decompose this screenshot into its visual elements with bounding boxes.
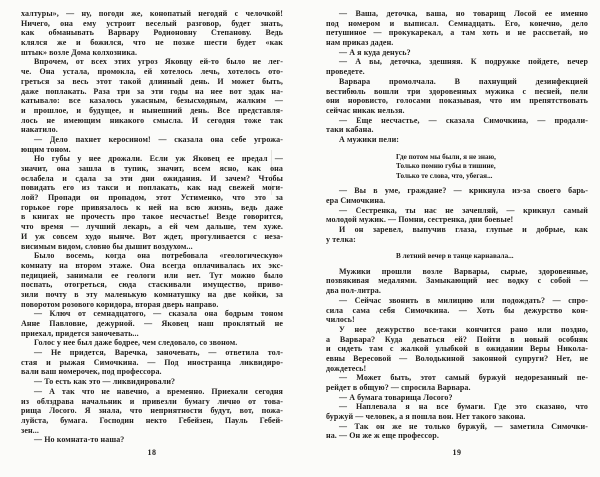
text-line: лой? Пропади он пропадом, этот Устименко… bbox=[21, 193, 283, 203]
text-line: — А вы, деточка, здешняя. К подружке пой… bbox=[326, 57, 588, 67]
paragraph: Мужики прошли возле Варвары, сырые, здор… bbox=[326, 267, 588, 296]
text-line: че. Она устала, промокла, ей хотелось ле… bbox=[21, 67, 283, 77]
paragraph: И он заревел, выпучив глаза, глупые и до… bbox=[326, 225, 588, 244]
text-line: — Сестренка, ты нас не зачепляй, — крикн… bbox=[326, 206, 588, 216]
text-line: ера Симочкина. bbox=[326, 196, 588, 206]
text-line: — Может быть, этот самый буржуй недореза… bbox=[326, 373, 588, 383]
text-line: как обманывать Варвару Родионовну Степан… bbox=[21, 28, 283, 38]
text-line: — Дело пахнет керосином! — сказала она с… bbox=[21, 135, 283, 145]
text-line: Голос у нее был даже бодрее, чем следова… bbox=[21, 338, 283, 348]
text-line: два пол-литра. bbox=[326, 286, 588, 296]
text-line: нам приказ даден. bbox=[326, 38, 588, 48]
text-line: — Вы в уме, граждане? — крикнула из-за с… bbox=[326, 186, 588, 196]
text-line: стая и рыжая Симочкина. — Под иностранца… bbox=[21, 358, 283, 368]
text-line: сила сама себя Симочкина. — Хоть бы дежу… bbox=[326, 306, 588, 316]
text-line: висимым видом, словно бы дышит воздухом.… bbox=[21, 242, 283, 252]
text-line: Но губы у нее дрожали. Если уж Яковец ее… bbox=[21, 154, 283, 164]
text-line: Было восемь, когда она потребовала «геол… bbox=[21, 251, 283, 261]
text-line: евны Вересовой — Володькиной законной су… bbox=[326, 354, 588, 364]
text-line: — Ключ от семнадцатого, — сказала она бо… bbox=[21, 309, 283, 319]
text-line: Анне Павловне, дежурной. — Яковец наш пр… bbox=[21, 319, 283, 329]
text-line: — То есть как это — ликвидировали? bbox=[21, 377, 283, 387]
text-line: Ничего, она ему устроит веселый разговор… bbox=[21, 19, 283, 29]
text-line: У нее дежурство все-таки кончится рано и… bbox=[326, 325, 588, 335]
text-line: — А я куда денусь? bbox=[326, 48, 588, 58]
paragraph: — Наплевала я на все бумаги. Где это ска… bbox=[326, 402, 588, 421]
text-line: И уж совсем худо нынче. Вот ждет, прогул… bbox=[21, 232, 283, 242]
paragraph: — А так что не навечно, а временно. Прие… bbox=[21, 387, 283, 435]
text-line: позвякивая медалями. Замыкающий нес водк… bbox=[326, 276, 588, 286]
paragraph: Но губы у нее дрожали. Если уж Яковец ее… bbox=[21, 154, 283, 251]
text-line: комнату на втором этаже. Она всегда опла… bbox=[21, 261, 283, 271]
paragraph: — Дело пахнет керосином! — сказала она с… bbox=[21, 135, 283, 154]
text-line: приехал, придется заночевать... bbox=[21, 329, 283, 339]
text-line: проведете. bbox=[326, 67, 588, 77]
paragraph: — Не придется, Варечка, заночевать, — от… bbox=[21, 348, 283, 377]
text-line: и прошлое, и будущее, и нынешний день. В… bbox=[21, 106, 283, 116]
text-line: даже поплакать. Раза три за эти годы на … bbox=[21, 87, 283, 97]
verse-line: Где потом мы были, я не знаю, bbox=[396, 153, 588, 163]
text-line: — А так что не навечно, а временно. Прие… bbox=[21, 387, 283, 397]
text-line: Впрочем, от всех этих угроз Яковцу ей-то… bbox=[21, 57, 283, 67]
text-line: лось не имеющим никакого смысла. И сегод… bbox=[21, 116, 283, 126]
text-line: катывало: все казалось ужасным, безысход… bbox=[21, 96, 283, 106]
text-line: халтуры», — ну, погоди же, конопатый нег… bbox=[21, 9, 283, 19]
page-number-right: 19 bbox=[326, 448, 588, 457]
text-line: под номером и выписал. Семнадцать. Его, … bbox=[326, 19, 588, 29]
text-line: петушиное — прокукарекал, а там хоть и н… bbox=[326, 28, 588, 38]
page-left: халтуры», — ну, погоди же, конопатый нег… bbox=[21, 9, 283, 469]
text-line: Варвара промолчала. В пахнущий дезинфекц… bbox=[326, 77, 588, 87]
text-line: ослабела и сдала за эти дни ожидания. И … bbox=[21, 174, 283, 184]
paragraph: Впрочем, от всех этих угроз Яковцу ей-то… bbox=[21, 57, 283, 135]
text-line: клялся же и божился, что не позже шести … bbox=[21, 38, 283, 48]
text-line: штык» возле Дома колхозника. bbox=[21, 48, 283, 58]
paragraph: — Так он же не только буржуй, — заметила… bbox=[326, 422, 588, 441]
verse-line: Только помню губы в тишине, bbox=[396, 162, 588, 172]
paragraph: Варвара промолчала. В пахнущий дезинфекц… bbox=[326, 77, 588, 116]
paragraph: У нее дежурство все-таки кончится рано и… bbox=[326, 325, 588, 373]
paragraph: — Но комната-то наша? bbox=[21, 435, 283, 445]
text-line: — Так он же не только буржуй, — заметила… bbox=[326, 422, 588, 432]
text-line: и сидеть там с жалкой улыбкой в ожидании… bbox=[326, 344, 588, 354]
text-line: они норовисто, голосами показывая, что и… bbox=[326, 96, 588, 106]
text-line: на. — Он же ж еще профессор. bbox=[326, 431, 588, 441]
paragraph: Было восемь, когда она потребовала «геол… bbox=[21, 251, 283, 309]
text-line: что время — лучший лекарь, а ей чем даль… bbox=[21, 222, 283, 232]
text-line: значит, она зашла в тупик, значит, всем … bbox=[21, 164, 283, 174]
paragraph: — А я куда денусь? bbox=[326, 48, 588, 58]
text-line: поворотом розового коридора, вторая двер… bbox=[21, 300, 283, 310]
paragraph: — А вы, деточка, здешняя. К подружке пой… bbox=[326, 57, 588, 76]
paragraph: — Вы в уме, граждане? — крикнула из-за с… bbox=[326, 186, 588, 205]
text-line: дождетесь! bbox=[326, 364, 588, 374]
text-line: рища Лосого. Я знала, что неприятности б… bbox=[21, 406, 283, 416]
text-line: а Варвара? Куда деваться ей? Пойти в нов… bbox=[326, 335, 588, 345]
text-line: — Не придется, Варечка, заночевать, — от… bbox=[21, 348, 283, 358]
text-line: сейчас никак нельзя. bbox=[326, 106, 588, 116]
text-line: — Сейчас звонить в милицию или подождать… bbox=[326, 296, 588, 306]
text-line: греться за весь этот такой длинный день.… bbox=[21, 77, 283, 87]
text-line: у телка: bbox=[326, 235, 588, 245]
text-line: горькое горе привязалось к ней на всю жи… bbox=[21, 203, 283, 213]
text-line: Мужики прошли возле Варвары, сырые, здор… bbox=[326, 267, 588, 277]
text-line: зен... bbox=[21, 426, 283, 436]
text-line: — Ваша, деточка, ваша, но товарищ Лосой … bbox=[326, 9, 588, 19]
verse-block: В летний вечер в танце карнавала... bbox=[396, 252, 588, 262]
text-line: таки кабана. bbox=[326, 125, 588, 135]
paragraph: — Сестренка, ты нас не зачепляй, — крикн… bbox=[326, 206, 588, 225]
paragraph: — Может быть, этот самый буржуй недореза… bbox=[326, 373, 588, 392]
paragraph: Голос у нее был даже бодрее, чем следова… bbox=[21, 338, 283, 348]
paragraph: — То есть как это — ликвидировали? bbox=[21, 377, 283, 387]
text-line: из облздрава начальник и привезли бумагу… bbox=[21, 397, 283, 407]
paragraph: — Ваша, деточка, ваша, но товарищ Лосой … bbox=[326, 9, 588, 48]
paragraph: — Ключ от семнадцатого, — сказала она бо… bbox=[21, 309, 283, 338]
page-right-text: — Ваша, деточка, ваша, но товарищ Лосой … bbox=[326, 9, 588, 441]
text-line: буржуй — человек, а я пошла вон. Нет так… bbox=[326, 412, 588, 422]
book-spread: халтуры», — ну, погоди же, конопатый нег… bbox=[0, 0, 600, 477]
text-line: — А бумага товарища Лосого? bbox=[326, 393, 588, 403]
text-line: — Еще несчастье, — сказала Симочкина, — … bbox=[326, 116, 588, 126]
text-line: И он заревел, выпучив глаза, глупые и до… bbox=[326, 225, 588, 235]
text-line: — Наплевала я на все бумаги. Где это ска… bbox=[326, 402, 588, 412]
text-line: рейдет в общую? — спросила Варвара. bbox=[326, 383, 588, 393]
verse-line: В летний вечер в танце карнавала... bbox=[396, 252, 588, 262]
page-left-text: халтуры», — ну, погоди же, конопатый нег… bbox=[21, 9, 283, 445]
text-line: педицией, занимали ее геологи или нет. Т… bbox=[21, 271, 283, 281]
paragraph: А мужики пели: bbox=[326, 135, 588, 145]
text-line: — Но комната-то наша? bbox=[21, 435, 283, 445]
text-line: А мужики пели: bbox=[326, 135, 588, 145]
text-line: чилось! bbox=[326, 315, 588, 325]
text-line: луйста, бумага. Господин некто Гебейзен,… bbox=[21, 416, 283, 426]
paragraph: — Еще несчастье, — сказала Симочкина, — … bbox=[326, 116, 588, 135]
text-line: ющим тоном. bbox=[21, 145, 283, 155]
text-line: вали ваш номерочек, под профессора. bbox=[21, 367, 283, 377]
text-line: накатило. bbox=[21, 125, 283, 135]
text-line: зили почту в эту маленькую комнатушку на… bbox=[21, 290, 283, 300]
paragraph: халтуры», — ну, погоди же, конопатый нег… bbox=[21, 9, 283, 57]
text-line: молодой мужик. — Помни, сестренка, дни б… bbox=[326, 215, 588, 225]
text-line: вестибюль вошли три здоровенных мужика с… bbox=[326, 87, 588, 97]
paragraph: — Сейчас звонить в милицию или подождать… bbox=[326, 296, 588, 325]
text-line: повидать его из такси и поплакать, как н… bbox=[21, 183, 283, 193]
page-number-left: 18 bbox=[21, 448, 283, 457]
text-line: поспать, отогреться, сюда стаскивали иму… bbox=[21, 280, 283, 290]
page-right: — Ваша, деточка, ваша, но товарищ Лосой … bbox=[326, 9, 588, 469]
verse-line: Только те слова, что, убегая... bbox=[396, 172, 588, 182]
text-line: в книгах не прочесть про такое несчастье… bbox=[21, 212, 283, 222]
paragraph: — А бумага товарища Лосого? bbox=[326, 393, 588, 403]
verse-block: Где потом мы были, я не знаю,Только помн… bbox=[396, 153, 588, 182]
